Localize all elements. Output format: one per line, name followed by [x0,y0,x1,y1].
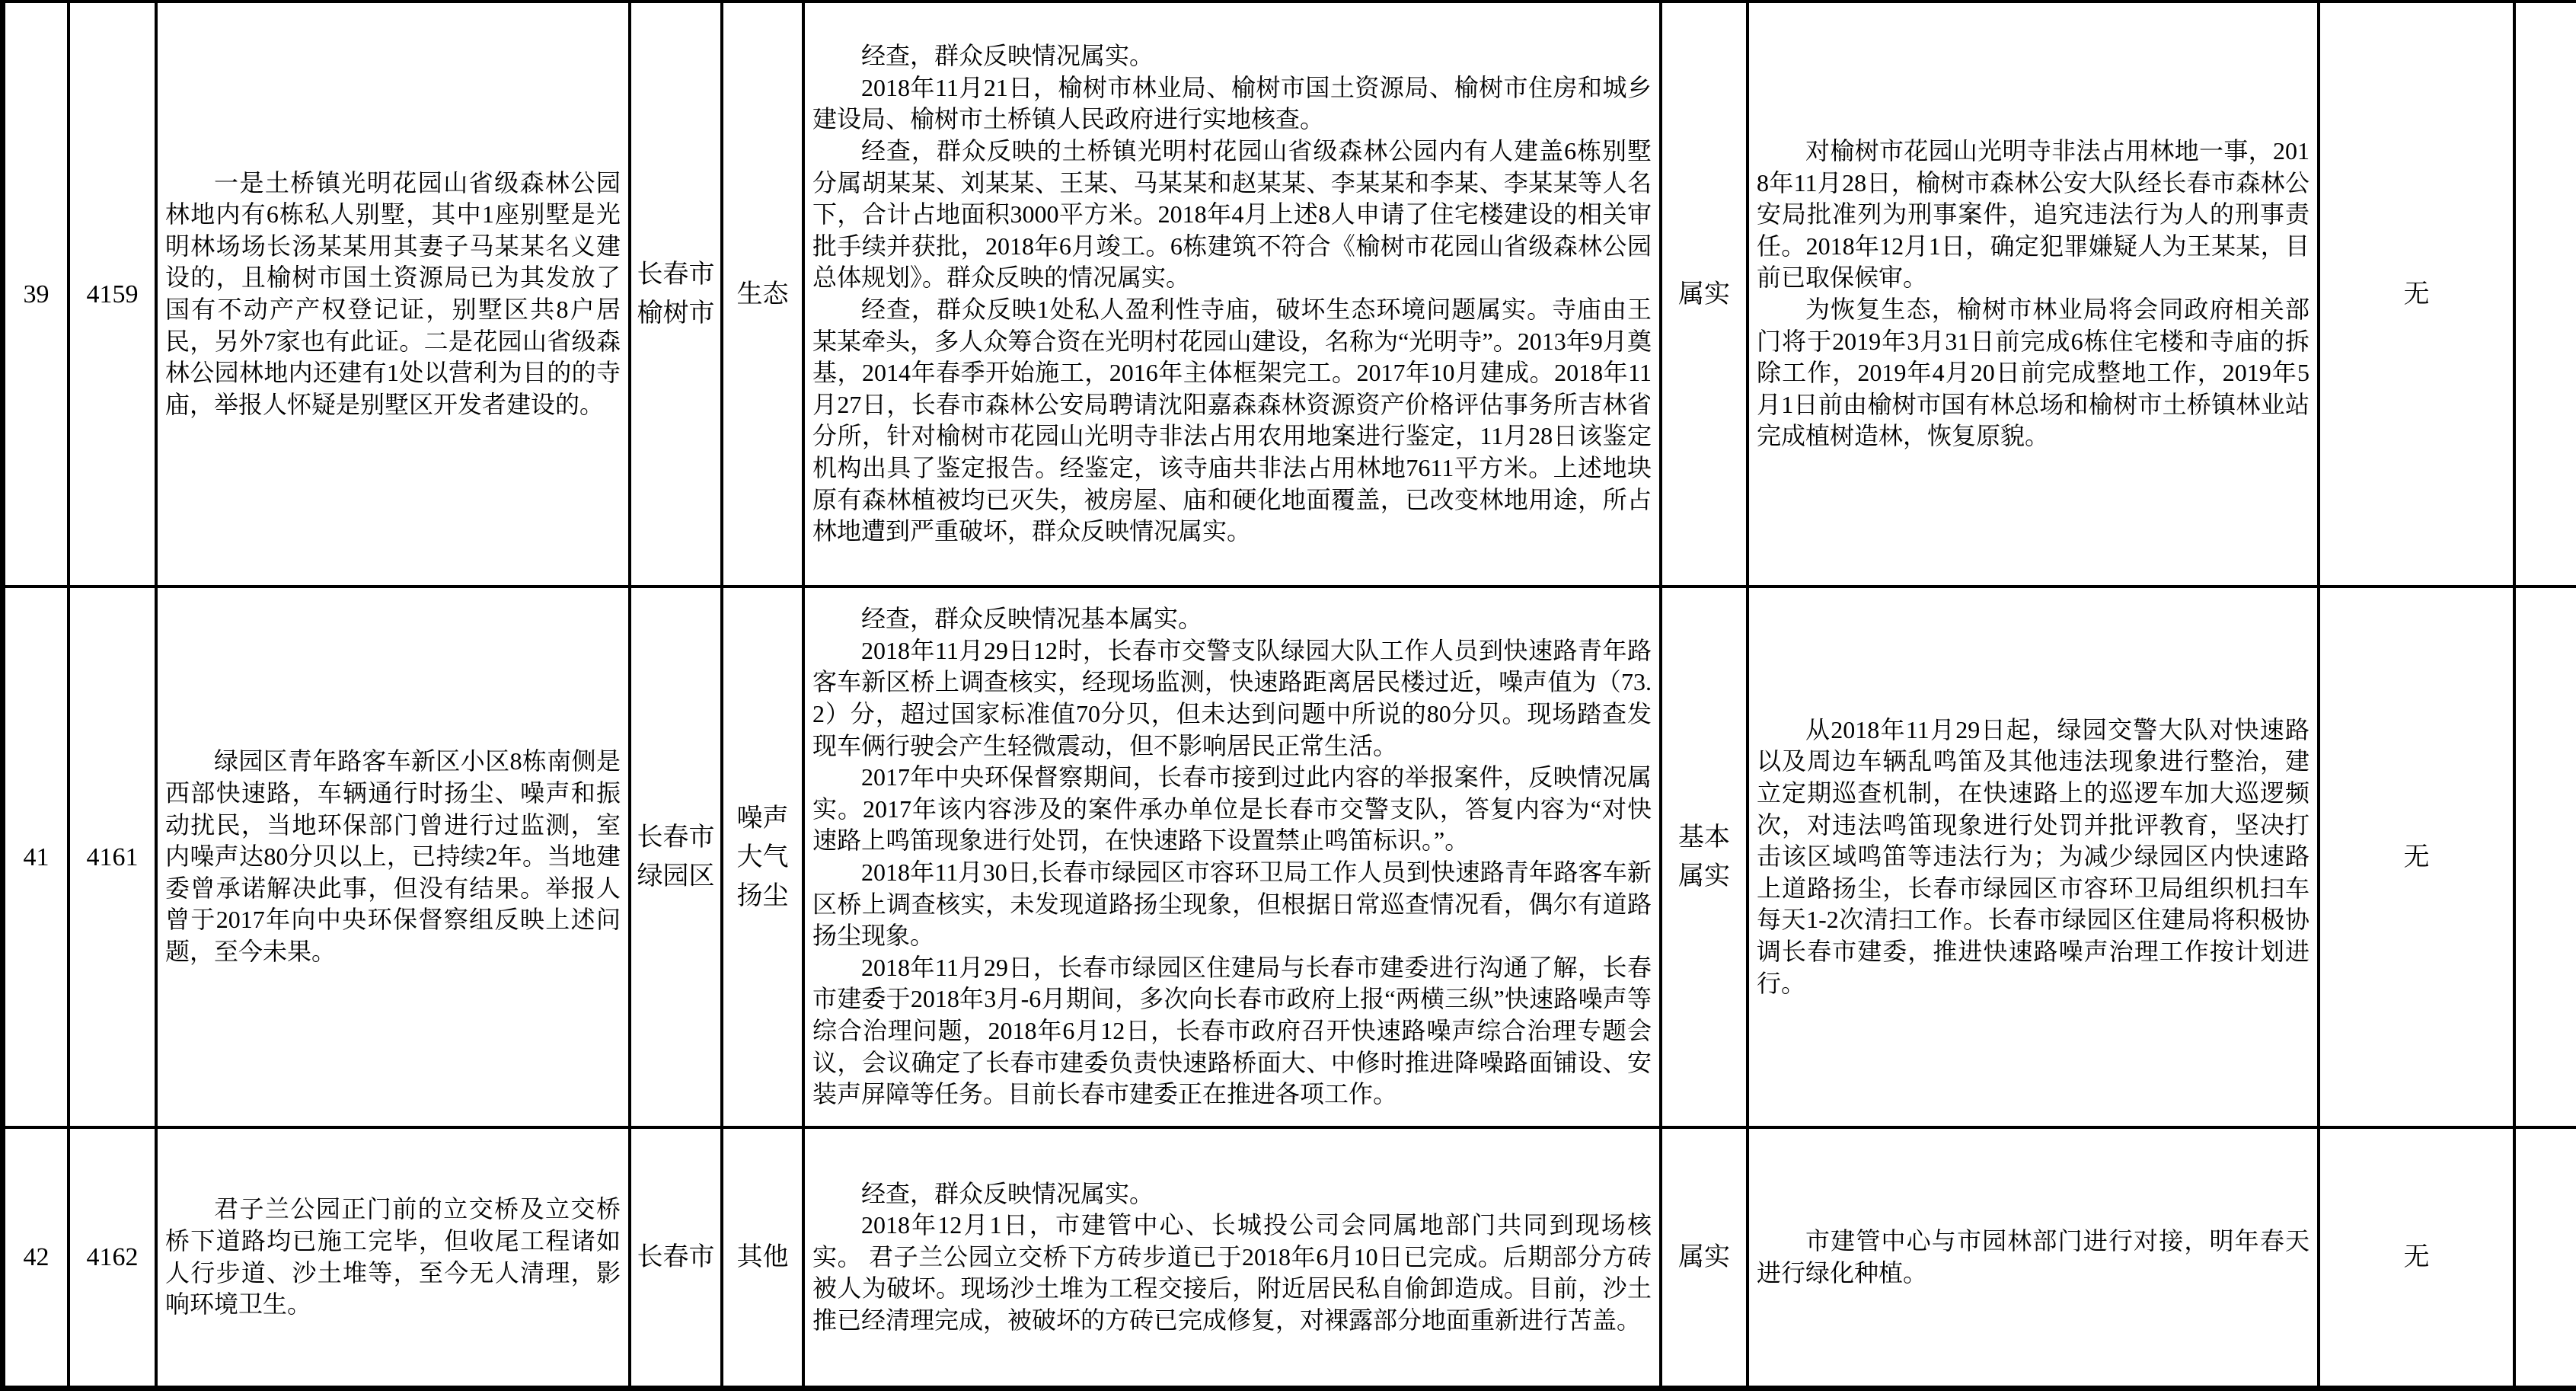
verdict-line: 基本 [1678,818,1730,857]
case-id: 4162 [87,1238,139,1277]
category-cell: 其他 [723,1129,805,1386]
category-line: 其他 [737,1238,789,1277]
region-cell: 长春市 [631,1129,723,1386]
investigation-paragraph: 经查，群众反映1处私人盈利性寺庙，破坏生态环境问题属实。寺庙由王某某牵头，多人众… [812,294,1652,548]
region-cell: 长春市 绿园区 [631,588,723,1129]
region-line: 榆树市 [637,294,715,333]
investigation-cell: 经查，群众反映情况基本属实。 2018年11月29日12时，长春市交警支队绿园大… [805,588,1662,1129]
measures-paragraph: 从2018年11月29日起，绿园交警大队对快速路以及周边车辆乱鸣笛及其他违法现象… [1757,714,2309,999]
verdict-line: 属实 [1678,1238,1730,1277]
verdict-cell: 基本 属实 [1662,588,1749,1129]
row-number: 39 [24,275,49,314]
complaint-cell: 君子兰公园正门前的立交桥及立交桥桥下道路均已施工完毕，但收尾工程诸如人行步道、沙… [158,1129,631,1386]
verdict-cell: 属实 [1662,1129,1749,1386]
complaint-cell: 一是土桥镇光明花园山省级森林公园林地内有6栋私人别墅，其中1座别墅是光明林场场长… [158,3,631,588]
investigation-paragraph: 经查，群众反映的土桥镇光明村花园山省级森林公园内有人建盖6栋别墅分属胡某某、刘某… [812,136,1652,294]
measures-paragraph: 市建管中心与市园林部门进行对接，明年春天进行绿化种植。 [1757,1226,2309,1289]
accountability-value: 无 [2404,275,2430,314]
row-number: 42 [24,1238,49,1277]
case-id-cell: 4162 [70,1129,158,1386]
category-cell: 生态 [723,3,805,588]
investigation-paragraph: 经查，群众反映情况属实。 [812,1178,1652,1210]
empty-edge-cell [2516,3,2576,588]
complaint-paragraph: 一是土桥镇光明花园山省级森林公园林地内有6栋私人别墅，其中1座别墅是光明林场场长… [165,168,621,421]
investigation-paragraph: 2018年11月21日，榆树市林业局、榆树市国土资源局、榆树市住房和城乡建设局、… [812,72,1652,136]
investigation-cell: 经查，群众反映情况属实。 2018年11月21日，榆树市林业局、榆树市国土资源局… [805,3,1662,588]
inspection-feedback-table: 39 4159 一是土桥镇光明花园山省级森林公园林地内有6栋私人别墅，其中1座别… [0,0,2576,1391]
investigation-paragraph: 2017年中央环保督察期间，长春市接到过此内容的举报案件，反映情况属实。2017… [812,762,1652,857]
investigation-cell: 经查，群众反映情况属实。 2018年12月1日，市建管中心、长城投公司会同属地部… [805,1129,1662,1386]
region-line: 绿园区 [637,857,715,896]
complaint-cell: 绿园区青年路客车新区小区8栋南侧是西部快速路，车辆通行时扬尘、噪声和振动扰民，当… [158,588,631,1129]
accountability-cell: 无 [2320,1129,2516,1386]
row-number-cell: 41 [5,588,70,1129]
empty-edge-cell [2516,588,2576,1129]
measures-cell: 从2018年11月29日起，绿园交警大队对快速路以及周边车辆乱鸣笛及其他违法现象… [1749,588,2320,1129]
region-line: 长春市 [637,255,715,294]
accountability-cell: 无 [2320,588,2516,1129]
category-cell: 噪声 大气 扬尘 [723,588,805,1129]
row-number: 41 [24,838,49,877]
accountability-cell: 无 [2320,3,2516,588]
investigation-paragraph: 经查，群众反映情况属实。 [812,40,1652,72]
investigation-paragraph: 2018年11月30日,长春市绿园区市容环卫局工作人员到快速路青年路客车新区桥上… [812,857,1652,952]
region-line: 长春市 [637,1238,715,1277]
verdict-line: 属实 [1678,857,1730,896]
row-number-cell: 42 [5,1129,70,1386]
category-line: 扬尘 [737,877,789,916]
verdict-cell: 属实 [1662,3,1749,588]
region-line: 长春市 [637,818,715,857]
case-id: 4159 [87,275,139,314]
measures-paragraph: 为恢复生态，榆树市林业局将会同政府相关部门将于2019年3月31日前完成6栋住宅… [1757,294,2309,452]
investigation-paragraph: 2018年11月29日，长春市绿园区住建局与长春市建委进行沟通了解，长春市建委于… [812,952,1652,1111]
category-line: 生态 [737,275,789,314]
empty-edge-cell [2516,1129,2576,1386]
investigation-paragraph: 2018年11月29日12时，长春市交警支队绿园大队工作人员到快速路青年路客车新… [812,635,1652,762]
case-id: 4161 [87,838,139,877]
measures-cell: 对榆树市花园山光明寺非法占用林地一事，2018年11月28日，榆树市森林公安大队… [1749,3,2320,588]
complaint-paragraph: 绿园区青年路客车新区小区8栋南侧是西部快速路，车辆通行时扬尘、噪声和振动扰民，当… [165,746,621,967]
measures-cell: 市建管中心与市园林部门进行对接，明年春天进行绿化种植。 [1749,1129,2320,1386]
investigation-paragraph: 经查，群众反映情况基本属实。 [812,603,1652,635]
row-number-cell: 39 [5,3,70,588]
case-id-cell: 4159 [70,3,158,588]
category-line: 大气 [737,838,789,877]
accountability-value: 无 [2404,838,2430,877]
case-id-cell: 4161 [70,588,158,1129]
investigation-paragraph: 2018年12月1日，市建管中心、长城投公司会同属地部门共同到现场核实。 君子兰… [812,1210,1652,1336]
measures-paragraph: 对榆树市花园山光明寺非法占用林地一事，2018年11月28日，榆树市森林公安大队… [1757,136,2309,294]
category-line: 噪声 [737,799,789,838]
region-cell: 长春市 榆树市 [631,3,723,588]
accountability-value: 无 [2404,1238,2430,1277]
verdict-line: 属实 [1678,275,1730,314]
complaint-paragraph: 君子兰公园正门前的立交桥及立交桥桥下道路均已施工完毕，但收尾工程诸如人行步道、沙… [165,1194,621,1320]
